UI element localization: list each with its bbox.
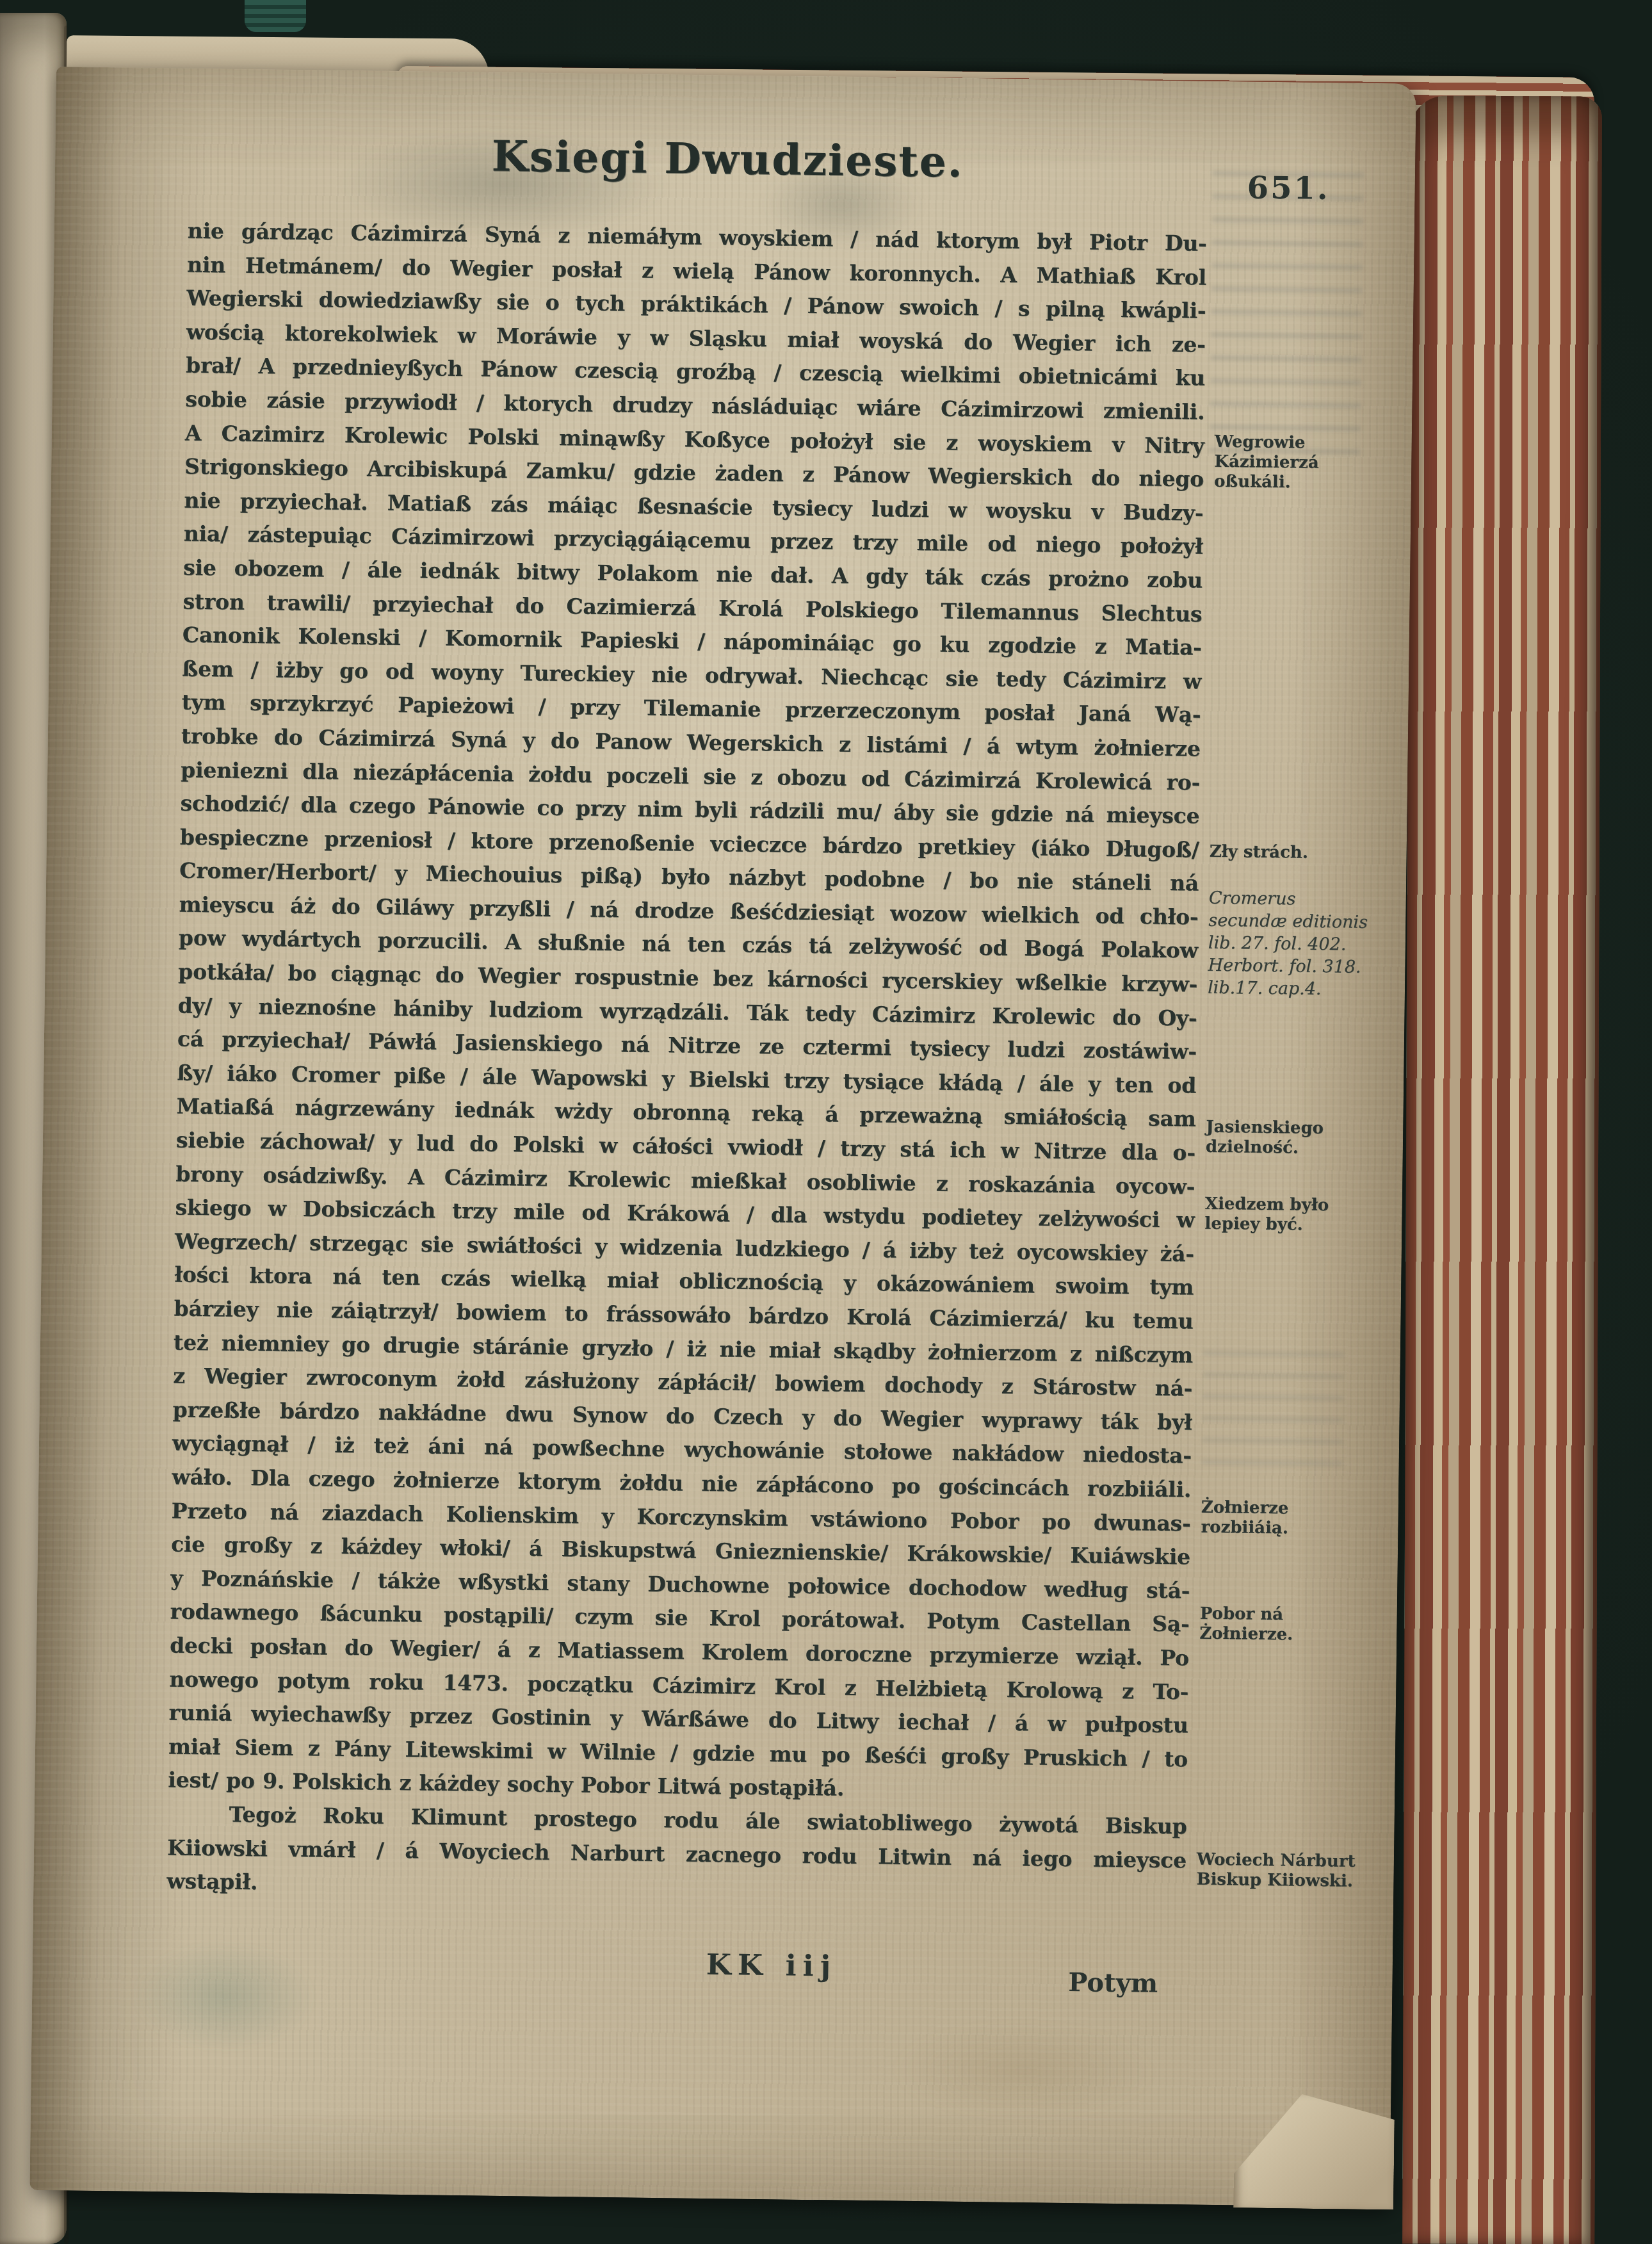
margin-note-citation: Cromerus secundæ editionis lib. 27. fol.… (1208, 887, 1370, 1001)
book-page: Ksiegi Dwudzieste. 651. nie gárdząc Cázi… (29, 67, 1416, 2207)
catchword: Potym (1068, 1967, 1158, 1999)
headband (245, 0, 306, 32)
margin-note: Zły strách. (1210, 842, 1371, 864)
page-number: 651. (1247, 170, 1330, 207)
margin-note: Pobor ná Żołnierze. (1199, 1604, 1361, 1646)
running-title: Ksiegi Dwudzieste. (356, 129, 1099, 189)
stamp-ghost (127, 1938, 321, 2056)
dog-ear-fold (1233, 2086, 1395, 2209)
signature-mark: KK iij (706, 1947, 838, 1983)
margin-note: Wegrowie Kázimierzá oßukáli. (1214, 432, 1376, 494)
body-text: nie gárdząc Cázimirzá Syná z niemáłym wo… (166, 215, 1207, 1911)
margin-note: Xiedzem było lepiey być. (1204, 1194, 1366, 1236)
fore-edge-page-stack (1402, 95, 1602, 2244)
margin-note: Żołnierze rozbiiáią. (1201, 1498, 1363, 1540)
scanned-book-photo: Ksiegi Dwudzieste. 651. nie gárdząc Cázi… (0, 0, 1652, 2244)
paper-stain (889, 2018, 1159, 2124)
margin-note: Wociech Nárburt Biskup Kiiowski. (1196, 1850, 1358, 1892)
margin-note: Jasienskiego dzielność. (1206, 1118, 1368, 1159)
bleedthrough-ghost (1202, 1349, 1344, 1467)
